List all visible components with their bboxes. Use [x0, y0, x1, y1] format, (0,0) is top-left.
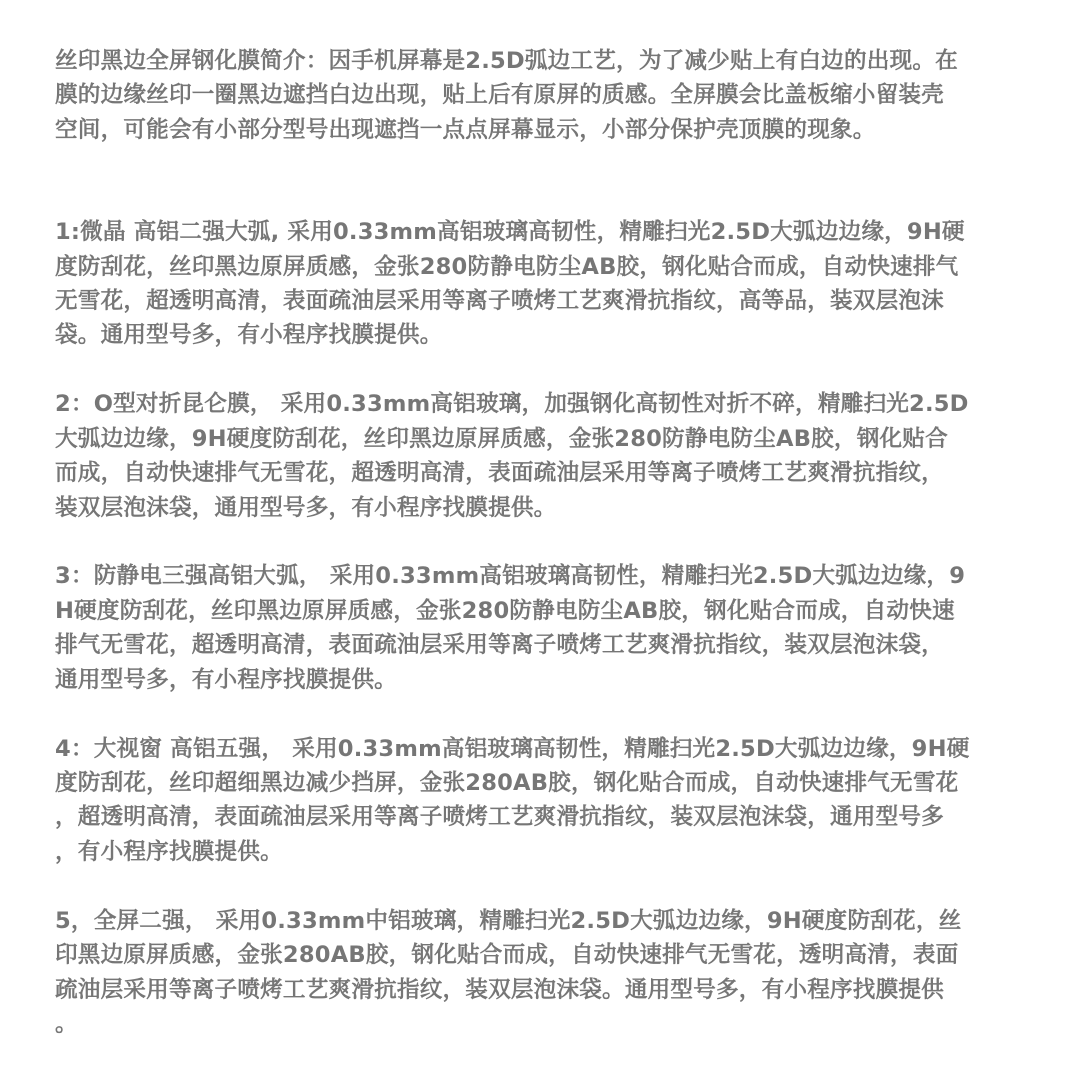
item-line: 大弧边边缘，9H硬度防刮花，丝印黑边原屏质感，金张280防静电防尘AB胶，钢化贴…: [55, 422, 1030, 456]
item-line: 4：大视窗 高铝五强， 采用0.33mm高铝玻璃高韧性，精雕扫光2.5D大弧边边…: [55, 732, 1030, 766]
product-item-1: 1:微晶 高铝二强大弧, 采用0.33mm高铝玻璃高韧性，精雕扫光2.5D大弧边…: [55, 215, 1030, 353]
item-line: 。: [55, 1007, 1030, 1041]
item-line: 度防刮花，丝印超细黑边减少挡屏，金张280AB胶，钢化贴合而成，自动快速排气无雪…: [55, 766, 1030, 800]
item-line: 1:微晶 高铝二强大弧, 采用0.33mm高铝玻璃高韧性，精雕扫光2.5D大弧边…: [55, 215, 1030, 249]
intro-line: 膜的边缘丝印一圈黑边遮挡白边出现，贴上后有原屏的质感。全屏膜会比盖板缩小留装壳: [55, 78, 1030, 112]
product-item-5: 5，全屏二强， 采用0.33mm中铝玻璃，精雕扫光2.5D大弧边边缘，9H硬度防…: [55, 904, 1030, 1042]
item-line: 而成，自动快速排气无雪花，超透明高清，表面疏油层采用等离子喷烤工艺爽滑抗指纹，: [55, 456, 1030, 490]
item-line: 排气无雪花，超透明高清，表面疏油层采用等离子喷烤工艺爽滑抗指纹，装双层泡沫袋，: [55, 628, 1030, 662]
intro-line: 丝印黑边全屏钢化膜简介：因手机屏幕是2.5D弧边工艺，为了减少贴上有白边的出现。…: [55, 44, 1030, 78]
item-line: 无雪花，超透明高清，表面疏油层采用等离子喷烤工艺爽滑抗指纹，高等品，装双层泡沫: [55, 284, 1030, 318]
item-line: 袋。通用型号多，有小程序找膜提供。: [55, 318, 1030, 352]
item-line: 装双层泡沫袋，通用型号多，有小程序找膜提供。: [55, 491, 1030, 525]
product-item-2: 2：O型对折昆仑膜， 采用0.33mm高铝玻璃，加强钢化高韧性对折不碎，精雕扫光…: [55, 387, 1030, 525]
item-line: 疏油层采用等离子喷烤工艺爽滑抗指纹，装双层泡沫袋。通用型号多，有小程序找膜提供: [55, 973, 1030, 1007]
item-line: 5，全屏二强， 采用0.33mm中铝玻璃，精雕扫光2.5D大弧边边缘，9H硬度防…: [55, 904, 1030, 938]
intro-line: 空间，可能会有小部分型号出现遮挡一点点屏幕显示，小部分保护壳顶膜的现象。: [55, 113, 1030, 147]
item-line: 印黑边原屏质感，金张280AB胶，钢化贴合而成，自动快速排气无雪花，透明高清，表…: [55, 938, 1030, 972]
product-item-3: 3：防静电三强高铝大弧， 采用0.33mm高铝玻璃高韧性，精雕扫光2.5D大弧边…: [55, 559, 1030, 697]
product-item-4: 4：大视窗 高铝五强， 采用0.33mm高铝玻璃高韧性，精雕扫光2.5D大弧边边…: [55, 732, 1030, 870]
item-line: 3：防静电三强高铝大弧， 采用0.33mm高铝玻璃高韧性，精雕扫光2.5D大弧边…: [55, 559, 1030, 593]
intro-paragraph: 丝印黑边全屏钢化膜简介：因手机屏幕是2.5D弧边工艺，为了减少贴上有白边的出现。…: [55, 44, 1030, 147]
item-line: 度防刮花，丝印黑边原屏质感，金张280防静电防尘AB胶，钢化贴合而成，自动快速排…: [55, 250, 1030, 284]
item-line: 2：O型对折昆仑膜， 采用0.33mm高铝玻璃，加强钢化高韧性对折不碎，精雕扫光…: [55, 387, 1030, 421]
product-description-document: 丝印黑边全屏钢化膜简介：因手机屏幕是2.5D弧边工艺，为了减少贴上有白边的出现。…: [55, 44, 1030, 1076]
item-line: 通用型号多，有小程序找膜提供。: [55, 663, 1030, 697]
item-line: H硬度防刮花，丝印黑边原屏质感，金张280防静电防尘AB胶，钢化贴合而成，自动快…: [55, 594, 1030, 628]
item-line: ，有小程序找膜提供。: [55, 835, 1030, 869]
item-line: ，超透明高清，表面疏油层采用等离子喷烤工艺爽滑抗指纹，装双层泡沫袋，通用型号多: [55, 800, 1030, 834]
